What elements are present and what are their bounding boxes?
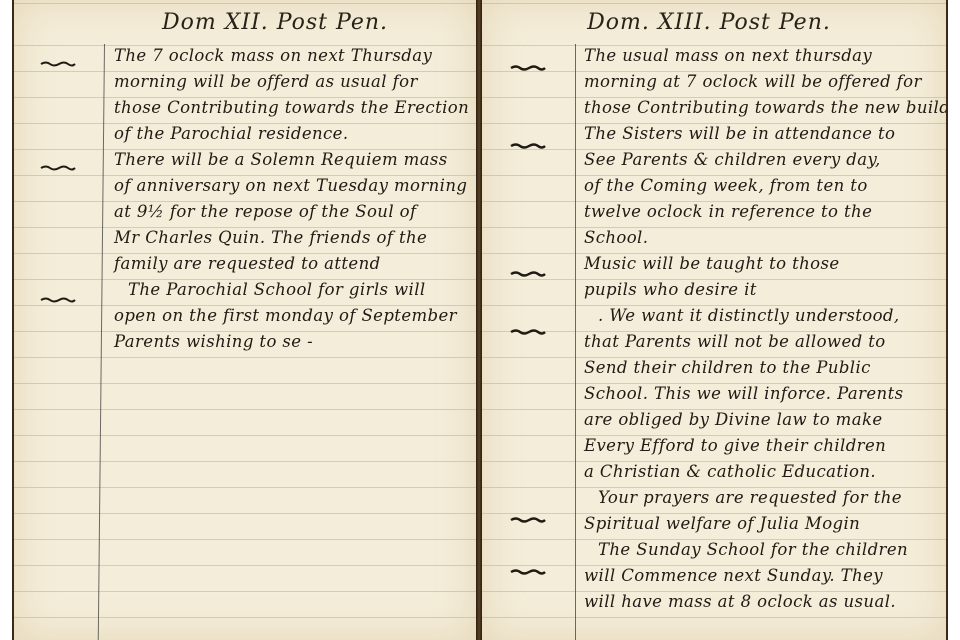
text-line: School. [584,226,938,252]
text-line: at 9½ for the repose of the Soul of [114,200,468,226]
text-line: Every Efford to give their children [584,434,938,460]
text-line: family are requested to attend [114,252,468,278]
text-line: those Contributing towards the new build… [584,96,938,122]
text-line: will Commence next Sunday. They [584,564,938,590]
text-line: are obliged by Divine law to make [584,408,938,434]
margin-rule [575,44,576,640]
text-line: twelve oclock in reference to the [584,200,938,226]
text-line: The usual mass on next thursday [584,44,938,70]
right-page: Dom. XIII. Post Pen. The usual mass on n… [482,0,946,640]
text-line: The Sunday School for the children [584,538,938,564]
announcement-marker-icon [40,164,76,172]
announcement-marker-icon [510,516,546,524]
announcement-marker-icon [40,296,76,304]
text-line: Your prayers are requested for the [584,486,938,512]
announcement-marker-icon [510,270,546,278]
announcement-marker-icon [510,64,546,72]
text-line: Mr Charles Quin. The friends of the [114,226,468,252]
page-heading: Dom XII. Post Pen. [44,10,476,35]
text-line: The 7 oclock mass on next Thursday [114,44,468,70]
text-line: pupils who desire it [584,278,938,304]
text-line: School. This we will inforce. Parents [584,382,938,408]
text-line: Parents wishing to se - [114,330,468,356]
text-line: those Contributing towards the Erection [114,96,468,122]
text-line: The Sisters will be in attendance to [584,122,938,148]
text-line: will have mass at 8 oclock as usual. [584,590,938,616]
text-line: of anniversary on next Tuesday morning [114,174,468,200]
text-line: a Christian & catholic Education. [584,460,938,486]
text-line: morning will be offerd as usual for [114,70,468,96]
text-line: There will be a Solemn Requiem mass [114,148,468,174]
page-text: The 7 oclock mass on next Thursday morni… [114,44,468,356]
announcement-marker-icon [510,142,546,150]
announcement-marker-icon [510,568,546,576]
text-line: open on the first monday of September [114,304,468,330]
text-line: See Parents & children every day, [584,148,938,174]
page-heading: Dom. XIII. Post Pen. [482,10,941,35]
announcement-marker-icon [40,60,76,68]
text-line: Send their children to the Public [584,356,938,382]
left-page: Dom XII. Post Pen. The 7 oclock mass on … [14,0,476,640]
margin-rule [98,44,105,640]
text-line: of the Coming week, from ten to [584,174,938,200]
text-line: of the Parochial residence. [114,122,468,148]
text-line: . We want it distinctly understood, [584,304,938,330]
text-line: that Parents will not be allowed to [584,330,938,356]
text-line: Music will be taught to those [584,252,938,278]
text-line: The Parochial School for girls will [114,278,468,304]
text-line: morning at 7 oclock will be offered for [584,70,938,96]
text-line: Spiritual welfare of Julia Mogin [584,512,938,538]
announcement-marker-icon [510,328,546,336]
ledger-spread: Dom XII. Post Pen. The 7 oclock mass on … [12,0,948,640]
page-text: The usual mass on next thursday morning … [584,44,938,616]
